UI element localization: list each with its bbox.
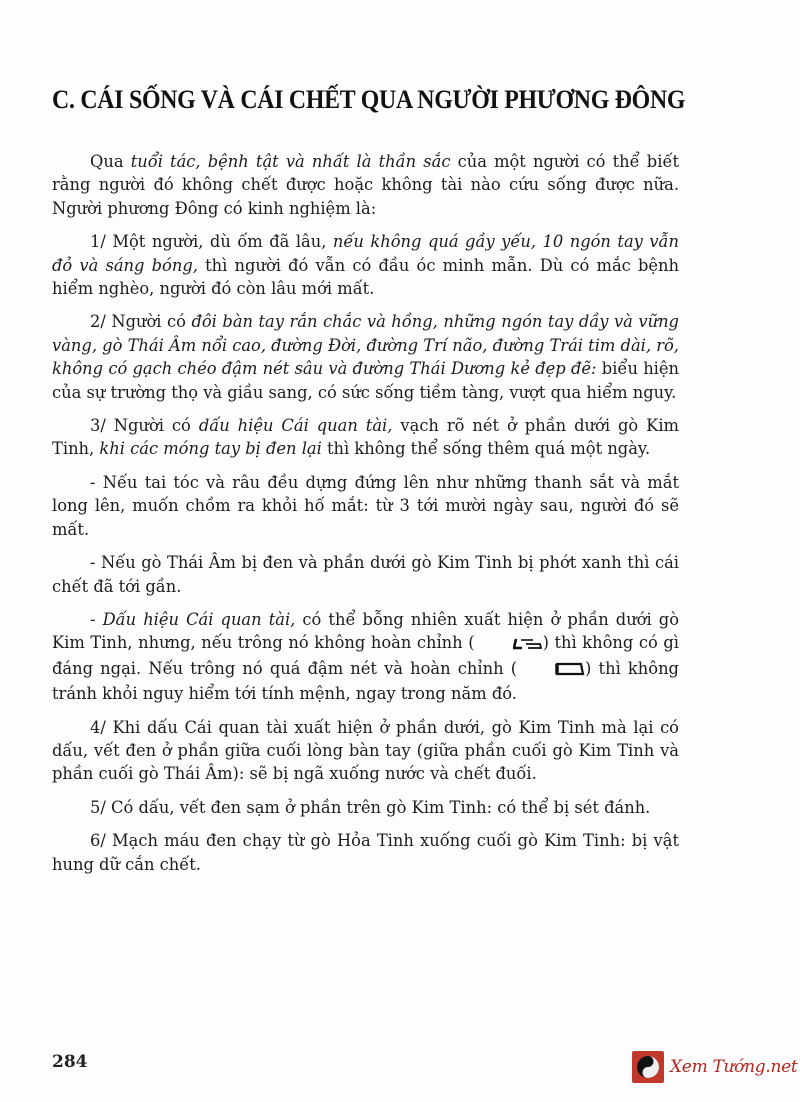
text-segment: - Nếu tai tóc và râu đều dựng đứng lên n…: [52, 473, 679, 539]
paragraph: Qua tuổi tác, bệnh tật và nhất là thần s…: [52, 150, 679, 220]
coffin-incomplete-icon: [475, 633, 543, 656]
watermark-text: Xem Tướng.net: [670, 1057, 797, 1077]
text-segment: 6/ Mạch máu đen chạy từ gò Hỏa Tinh xuốn…: [52, 831, 679, 873]
paragraph: - Nếu tai tóc và râu đều dựng đứng lên n…: [52, 471, 679, 541]
paragraph: - Nếu gò Thái Âm bị đen và phần dưới gò …: [52, 551, 679, 598]
paragraph: 2/ Người có đôi bàn tay rắn chắc và hồng…: [52, 310, 679, 404]
text-segment: 2/ Người có: [90, 312, 191, 331]
paragraph: - Dấu hiệu Cái quan tài, có thể bỗng nhi…: [52, 608, 679, 706]
emphasis-text: dấu hiệu Cái quan tài,: [199, 416, 393, 435]
paragraph: 3/ Người có dấu hiệu Cái quan tài, vạch …: [52, 414, 679, 461]
page-title: C. CÁI SỐNG VÀ CÁI CHẾT QUA NGƯỜI PHƯƠNG…: [52, 84, 700, 115]
paragraph: 6/ Mạch máu đen chạy từ gò Hỏa Tinh xuốn…: [52, 829, 679, 876]
yin-yang-icon: [632, 1051, 664, 1083]
page-number: 284: [52, 1052, 88, 1072]
text-segment: 1/ Một người, dù ốm đã lâu,: [90, 232, 333, 251]
text-segment: 3/ Người có: [90, 416, 199, 435]
text-segment: - Nếu gò Thái Âm bị đen và phần dưới gò …: [52, 553, 679, 595]
emphasis-text: Dấu hiệu Cái quan tài,: [103, 610, 296, 629]
paragraph: 4/ Khi dấu Cái quan tài xuất hiện ở phần…: [52, 716, 679, 786]
paragraph: 5/ Có dấu, vết đen sạm ở phần trên gò Ki…: [52, 796, 679, 819]
emphasis-text: khi các móng tay bị đen lại: [99, 439, 321, 458]
text-segment: 4/ Khi dấu Cái quan tài xuất hiện ở phần…: [52, 718, 679, 784]
text-segment: -: [90, 610, 103, 629]
body-text: Qua tuổi tác, bệnh tật và nhất là thần s…: [52, 150, 679, 886]
paragraph: 1/ Một người, dù ốm đã lâu, nếu không qu…: [52, 230, 679, 300]
emphasis-text: tuổi tác, bệnh tật và nhất là thần sắc: [131, 152, 451, 171]
text-segment: Qua: [90, 152, 131, 171]
coffin-complete-icon: [517, 659, 585, 682]
text-segment: 5/ Có dấu, vết đen sạm ở phần trên gò Ki…: [90, 798, 650, 817]
book-page: C. CÁI SỐNG VÀ CÁI CHẾT QUA NGƯỜI PHƯƠNG…: [0, 0, 800, 1102]
watermark-logo: Xem Tướng.net: [632, 1048, 797, 1086]
text-segment: thì không thể sống thêm quá một ngày.: [322, 439, 650, 458]
